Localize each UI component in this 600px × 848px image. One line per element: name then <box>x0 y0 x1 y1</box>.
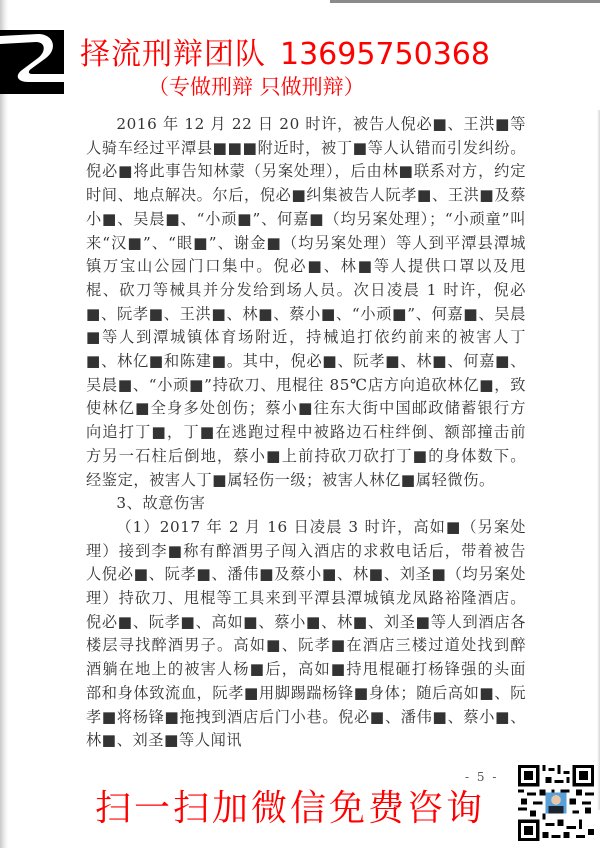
team-logo <box>0 30 64 94</box>
wechat-qr-code[interactable] <box>518 765 594 841</box>
section-heading: 3、故意伤害 <box>86 492 526 516</box>
scan-left-edge <box>0 0 8 848</box>
paragraph: （1）2017 年 2 月 16 日凌晨 3 时许，高如■（另案处理）接到李■称… <box>86 516 526 753</box>
paragraph: 2016 年 12 月 22 日 20 时许，被告人倪必■、王洪■等人骑车经过平… <box>86 113 526 492</box>
team-name: 择流刑辩团队 <box>80 37 266 72</box>
banner-title: 择流刑辩团队13695750368 <box>80 38 490 72</box>
phone-number: 13695750368 <box>280 37 490 72</box>
wechat-cta: 扫一扫加微信免费咨询 <box>95 786 485 832</box>
banner-slogan: （专做刑辩 只做刑辩） <box>148 74 365 100</box>
river-logo-icon <box>0 30 64 94</box>
page-number: - 5 - <box>465 770 498 784</box>
qr-code-icon <box>518 765 594 841</box>
document-body: 2016 年 12 月 22 日 20 时许，被告人倪必■、王洪■等人骑车经过平… <box>86 113 526 753</box>
scan-top-edge <box>330 0 600 3</box>
